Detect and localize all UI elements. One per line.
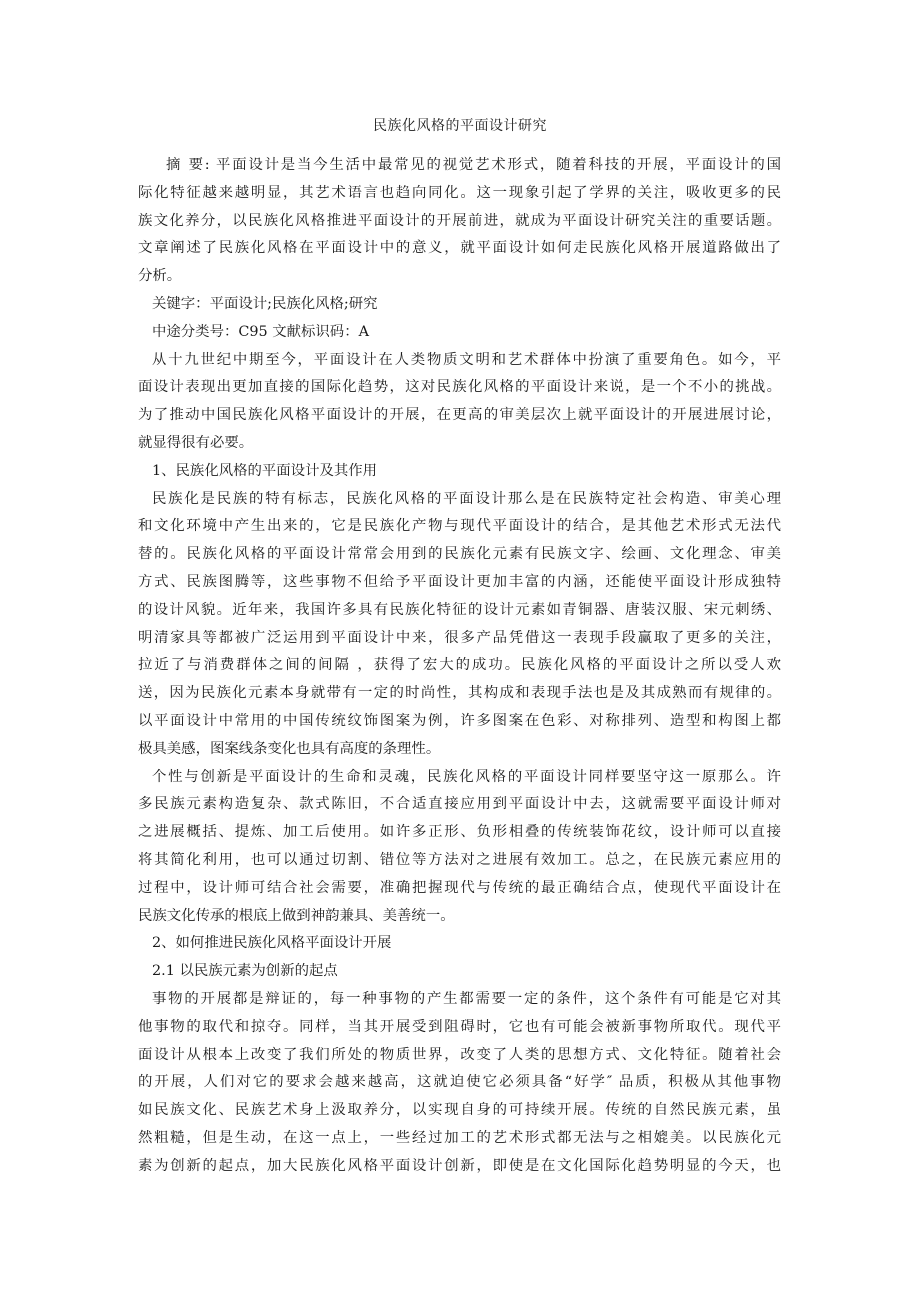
- paragraph-line: 民族文化传承的根底上做到神韵兼具、美善统一。: [138, 903, 781, 931]
- paragraph-line: 从十九世纪中期至今，平面设计在人类物质文明和艺术群体中扮演了重要角色。如今，平: [138, 347, 781, 375]
- section-2-heading: 2、如何推进民族化风格平面设计开展: [138, 930, 781, 958]
- document-title: 民族化风格的平面设计研究: [0, 116, 920, 136]
- paragraph-line: 为了推动中国民族化风格平面设计的开展，在更高的审美层次上就平面设计的开展进展讨论…: [138, 402, 781, 430]
- paragraph-line: 方式、民族图腾等，这些事物不但给予平面设计更加丰富的内涵，还能使平面设计形成独特: [138, 569, 781, 597]
- intro-paragraph: 从十九世纪中期至今，平面设计在人类物质文明和艺术群体中扮演了重要角色。如今，平 …: [138, 347, 781, 458]
- section-1-paragraph-1: 民族化是民族的特有标志，民族化风格的平面设计那么是在民族特定社会构造、审美心理 …: [138, 486, 781, 764]
- abstract-line: 族文化养分，以民族化风格推进平面设计的开展前进，就成为平面设计研究关注的重要话题…: [138, 208, 781, 236]
- document-body: 摘 要: 平面设计是当今生活中最常见的视觉艺术形式，随着科技的开展，平面设计的国…: [138, 152, 781, 1180]
- section-2-1-paragraph-1: 事物的开展都是辩证的，每一种事物的产生都需要一定的条件，这个条件有可能是它对其 …: [138, 986, 781, 1181]
- paragraph-line: 面设计从根本上改变了我们所处的物质世界，改变了人类的思想方式、文化特征。随着社会: [138, 1042, 781, 1070]
- section-1-heading: 1、民族化风格的平面设计及其作用: [138, 458, 781, 486]
- paragraph-line: 他事物的取代和掠夺。同样，当其开展受到阻碍时，它也有可能会被新事物所取代。现代平: [138, 1014, 781, 1042]
- classification: 中途分类号：C95 文献标识码：A: [138, 319, 781, 347]
- section-1-paragraph-2: 个性与创新是平面设计的生命和灵魂，民族化风格的平面设计同样要坚守这一原那么。许 …: [138, 764, 781, 931]
- abstract-line: 文章阐述了民族化风格在平面设计中的意义，就平面设计如何走民族化风格开展道路做出了: [138, 235, 781, 263]
- paragraph-line: 事物的开展都是辩证的，每一种事物的产生都需要一定的条件，这个条件有可能是它对其: [138, 986, 781, 1014]
- paragraph-line: 过程中，设计师可结合社会需要，准确把握现代与传统的最正确结合点，使现代平面设计在: [138, 875, 781, 903]
- paragraph-line: 就显得很有必要。: [138, 430, 781, 458]
- paragraph-line: 以平面设计中常用的中国传统纹饰图案为例，许多图案在色彩、对称排列、造型和构图上都: [138, 708, 781, 736]
- paragraph-line: 个性与创新是平面设计的生命和灵魂，民族化风格的平面设计同样要坚守这一原那么。许: [138, 764, 781, 792]
- paragraph-line: 然粗糙，但是生动，在这一点上，一些经过加工的艺术形式都无法与之相媲美。以民族化元: [138, 1125, 781, 1153]
- paragraph-line: 之进展概括、提炼、加工后使用。如许多正形、负形相叠的传统装饰花纹，设计师可以直接: [138, 819, 781, 847]
- abstract-line: 际化特征越来越明显，其艺术语言也趋向同化。这一现象引起了学界的关注，吸收更多的民: [138, 180, 781, 208]
- paragraph-line: 的设计风貌。近年来，我国许多具有民族化特征的设计元素如青铜器、唐装汉服、宋元刺绣…: [138, 597, 781, 625]
- keywords: 关键字：平面设计;民族化风格;研究: [138, 291, 781, 319]
- paragraph-line: 替的。民族化风格的平面设计常常会用到的民族化元素有民族文字、绘画、文化理念、审美: [138, 541, 781, 569]
- document-page: 民族化风格的平面设计研究 摘 要: 平面设计是当今生活中最常见的视觉艺术形式，随…: [0, 0, 920, 1302]
- abstract: 摘 要: 平面设计是当今生活中最常见的视觉艺术形式，随着科技的开展，平面设计的国…: [138, 152, 781, 291]
- paragraph-line: 将其简化利用，也可以通过切割、错位等方法对之进展有效加工。总之，在民族元素应用的: [138, 847, 781, 875]
- paragraph-line: 的开展，人们对它的要求会越来越高，这就迫使它必须具备“好学″ 品质，积极从其他事…: [138, 1069, 781, 1097]
- paragraph-line: 民族化是民族的特有标志，民族化风格的平面设计那么是在民族特定社会构造、审美心理: [138, 486, 781, 514]
- paragraph-line: 明清家具等都被广泛运用到平面设计中来，很多产品凭借这一表现手段赢取了更多的关注，: [138, 625, 781, 653]
- section-2-1-heading: 2.1 以民族元素为创新的起点: [138, 958, 781, 986]
- paragraph-line: 素为创新的起点，加大民族化风格平面设计创新，即使是在文化国际化趋势明显的今天，也: [138, 1153, 781, 1181]
- paragraph-line: 面设计表现出更加直接的国际化趋势，这对民族化风格的平面设计来说，是一个不小的挑战…: [138, 374, 781, 402]
- paragraph-line: 如民族文化、民族艺术身上汲取养分，以实现自身的可持续开展。传统的自然民族元素，虽: [138, 1097, 781, 1125]
- abstract-line: 分析。: [138, 263, 781, 291]
- abstract-line: 摘 要: 平面设计是当今生活中最常见的视觉艺术形式，随着科技的开展，平面设计的国: [138, 152, 781, 180]
- paragraph-line: 送，因为民族化元素本身就带有一定的时尚性，其构成和表现手法也是及其成熟而有规律的…: [138, 680, 781, 708]
- paragraph-line: 多民族元素构造复杂、款式陈旧，不合适直接应用到平面设计中去，这就需要平面设计师对: [138, 791, 781, 819]
- paragraph-line: 和文化环境中产生出来的，它是民族化产物与现代平面设计的结合，是其他艺术形式无法代: [138, 513, 781, 541]
- paragraph-line: 拉近了与消费群体之间的间隔 ，获得了宏大的成功。民族化风格的平面设计之所以受人欢: [138, 652, 781, 680]
- paragraph-line: 极具美感，图案线条变化也具有高度的条理性。: [138, 736, 781, 764]
